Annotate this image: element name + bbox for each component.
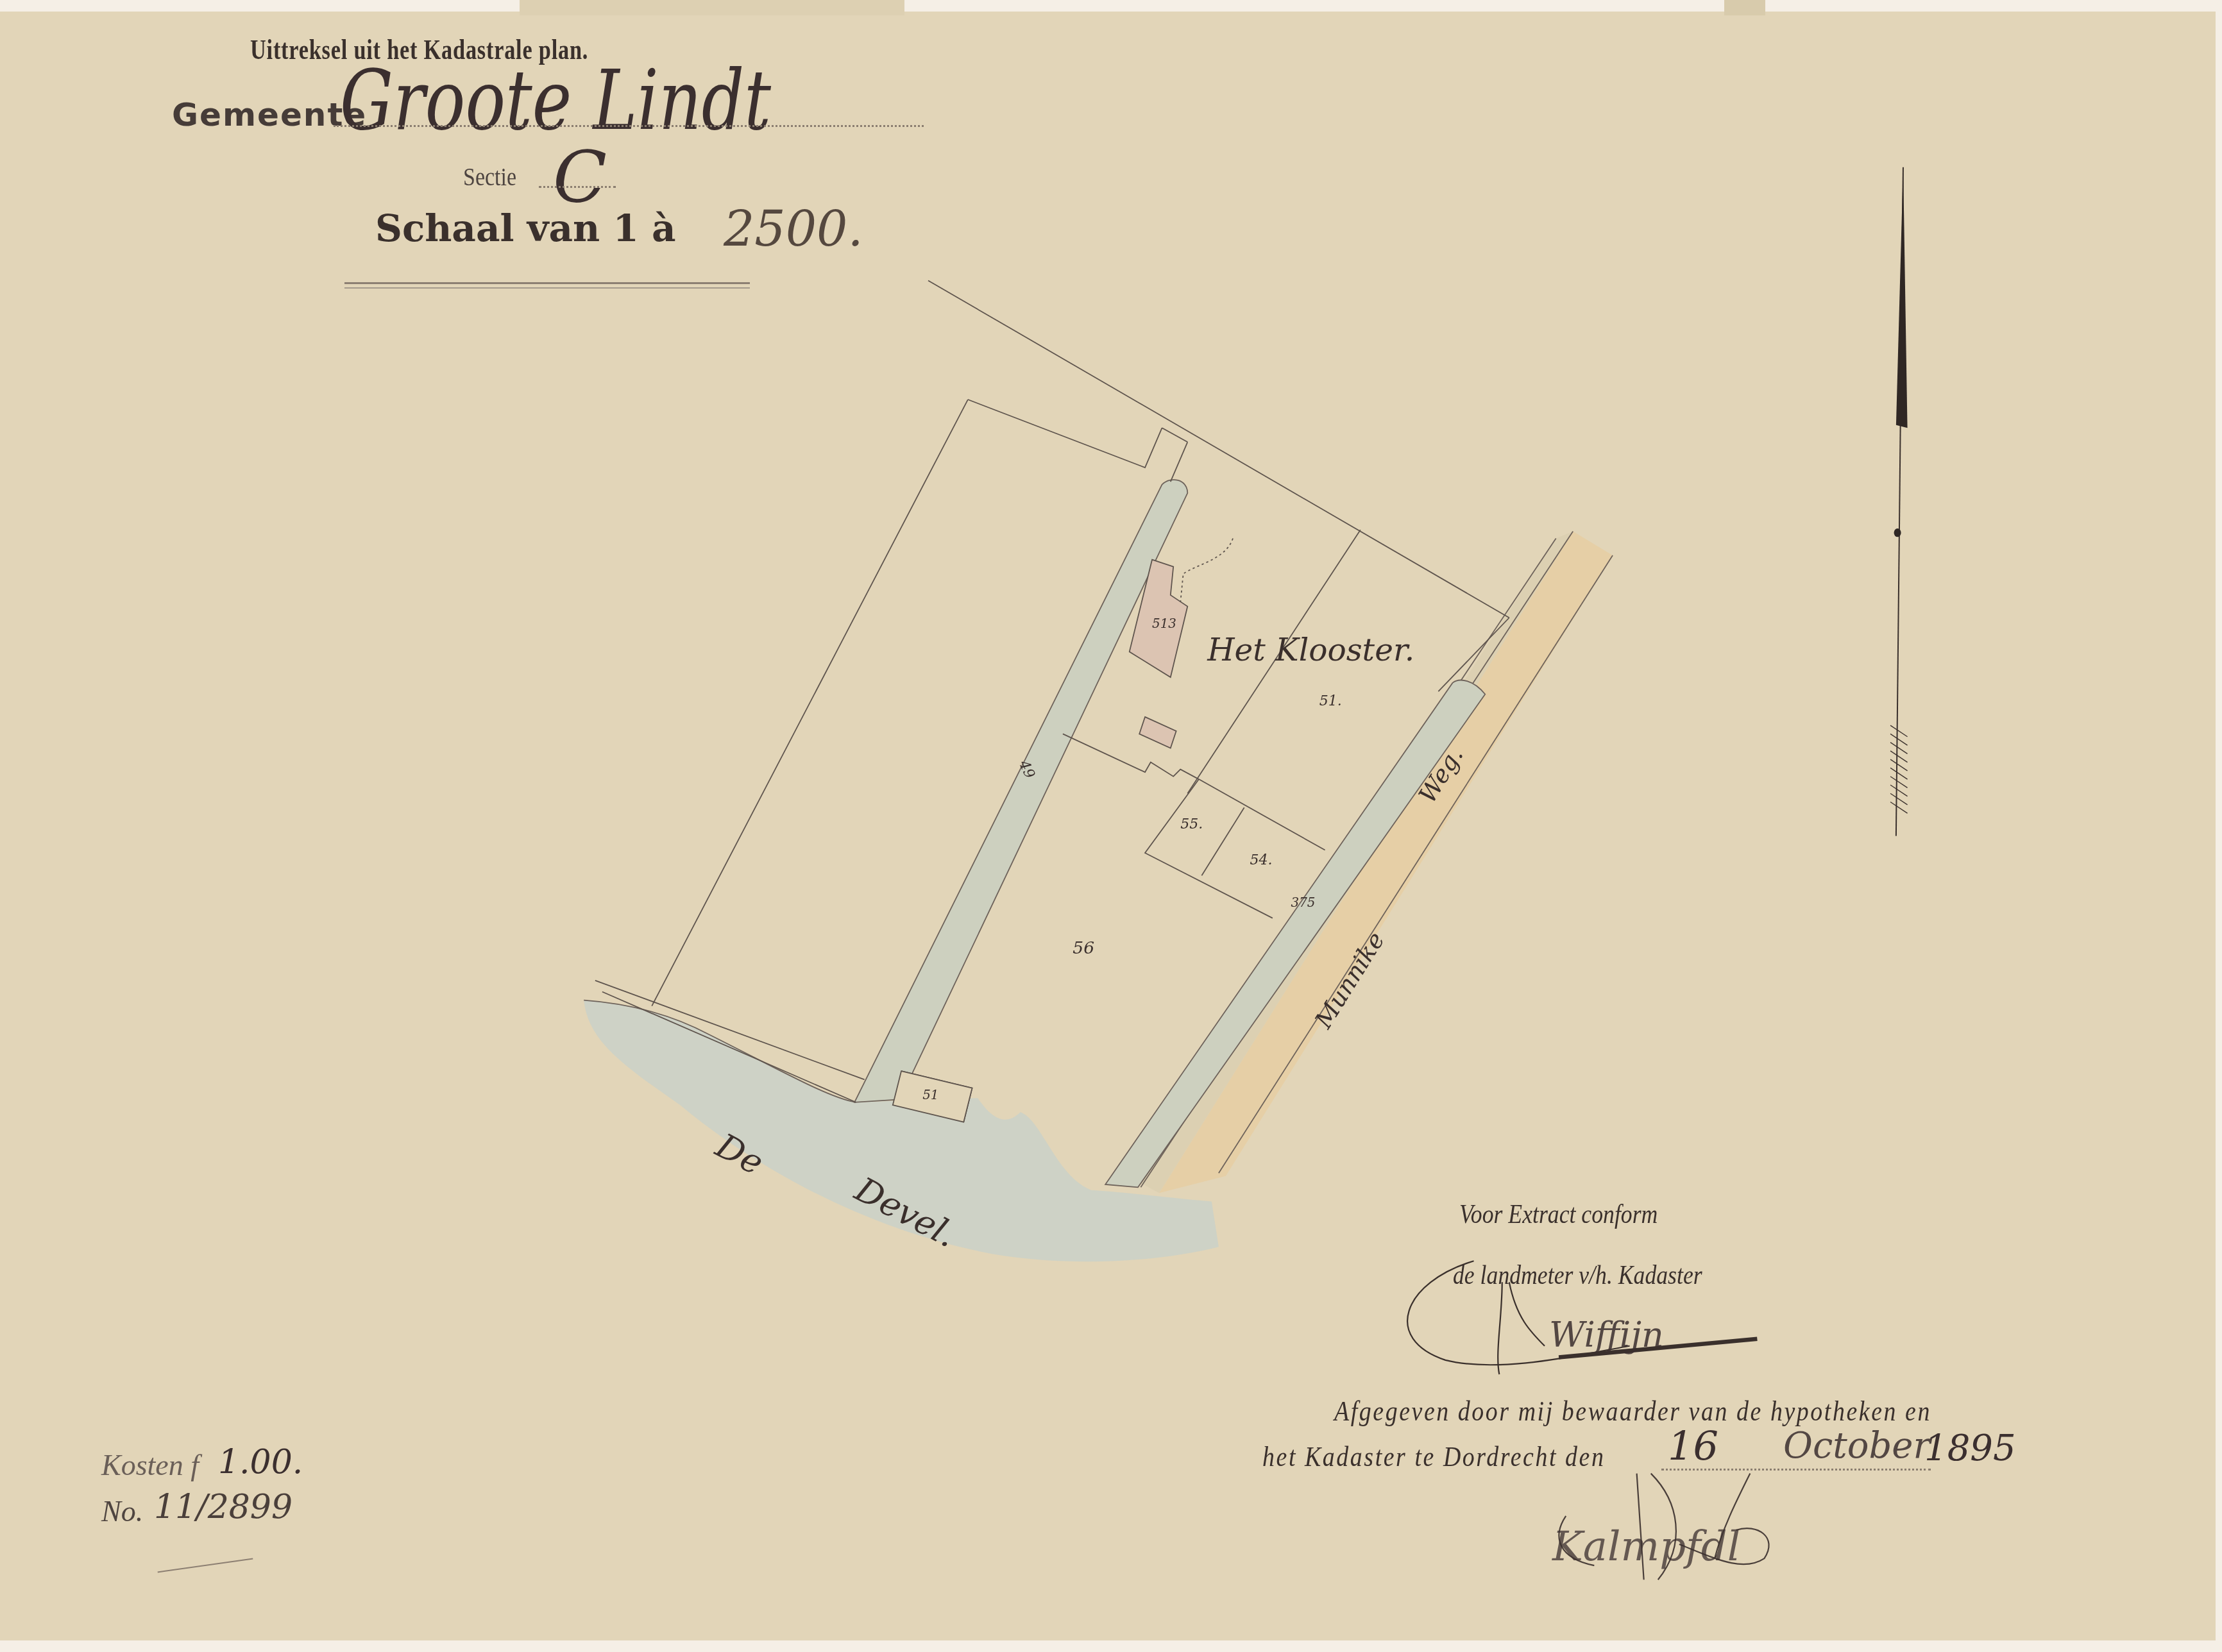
registrar-signature: Kalmpfdl [1552,1523,1740,1571]
date-year: 1895 [1924,1428,2016,1469]
label-parcel-54: 54. [1250,852,1273,868]
cert-line-1: Voor Extract conform [1459,1199,1658,1230]
label-parcel-51b: 51 [922,1088,938,1102]
canal-left [854,480,1187,1102]
north-arrow-icon [1890,167,1908,836]
cost-value: 1.00. [218,1443,303,1481]
label-parcel-55: 55. [1180,816,1203,832]
surveyor-signature: Wiffijn [1549,1315,1664,1355]
date-underline [1661,1469,1931,1471]
label-parcel-375: 375 [1291,895,1316,910]
number-label: No. [101,1494,143,1528]
canal-right [1105,680,1485,1188]
label-parcel-56: 56 [1073,938,1094,958]
label-place: Het Klooster. [1207,632,1414,668]
date-day: 16 [1668,1422,1718,1469]
date-month: October [1783,1425,1930,1467]
label-parcel-513: 513 [1152,616,1176,631]
road-munnike-weg [1159,531,1613,1193]
label-parcel-51: 51. [1319,693,1342,709]
cert-line-2: de landmeter v/h. Kadaster [1453,1260,1702,1291]
cert-line-4-prefix: het Kadaster te Dordrecht den [1262,1440,1605,1473]
building-annex [1139,717,1176,748]
parcel-boundaries [595,280,1509,1122]
cert-line-3: Afgegeven door mij bewaarder van de hypo… [1334,1395,1931,1428]
cost-label: Kosten f [101,1448,199,1482]
cadastral-map-document: Uittreksel uit het Kadastrale plan. Geme… [0,0,2222,1652]
number-value: 11/2899 [154,1488,293,1526]
